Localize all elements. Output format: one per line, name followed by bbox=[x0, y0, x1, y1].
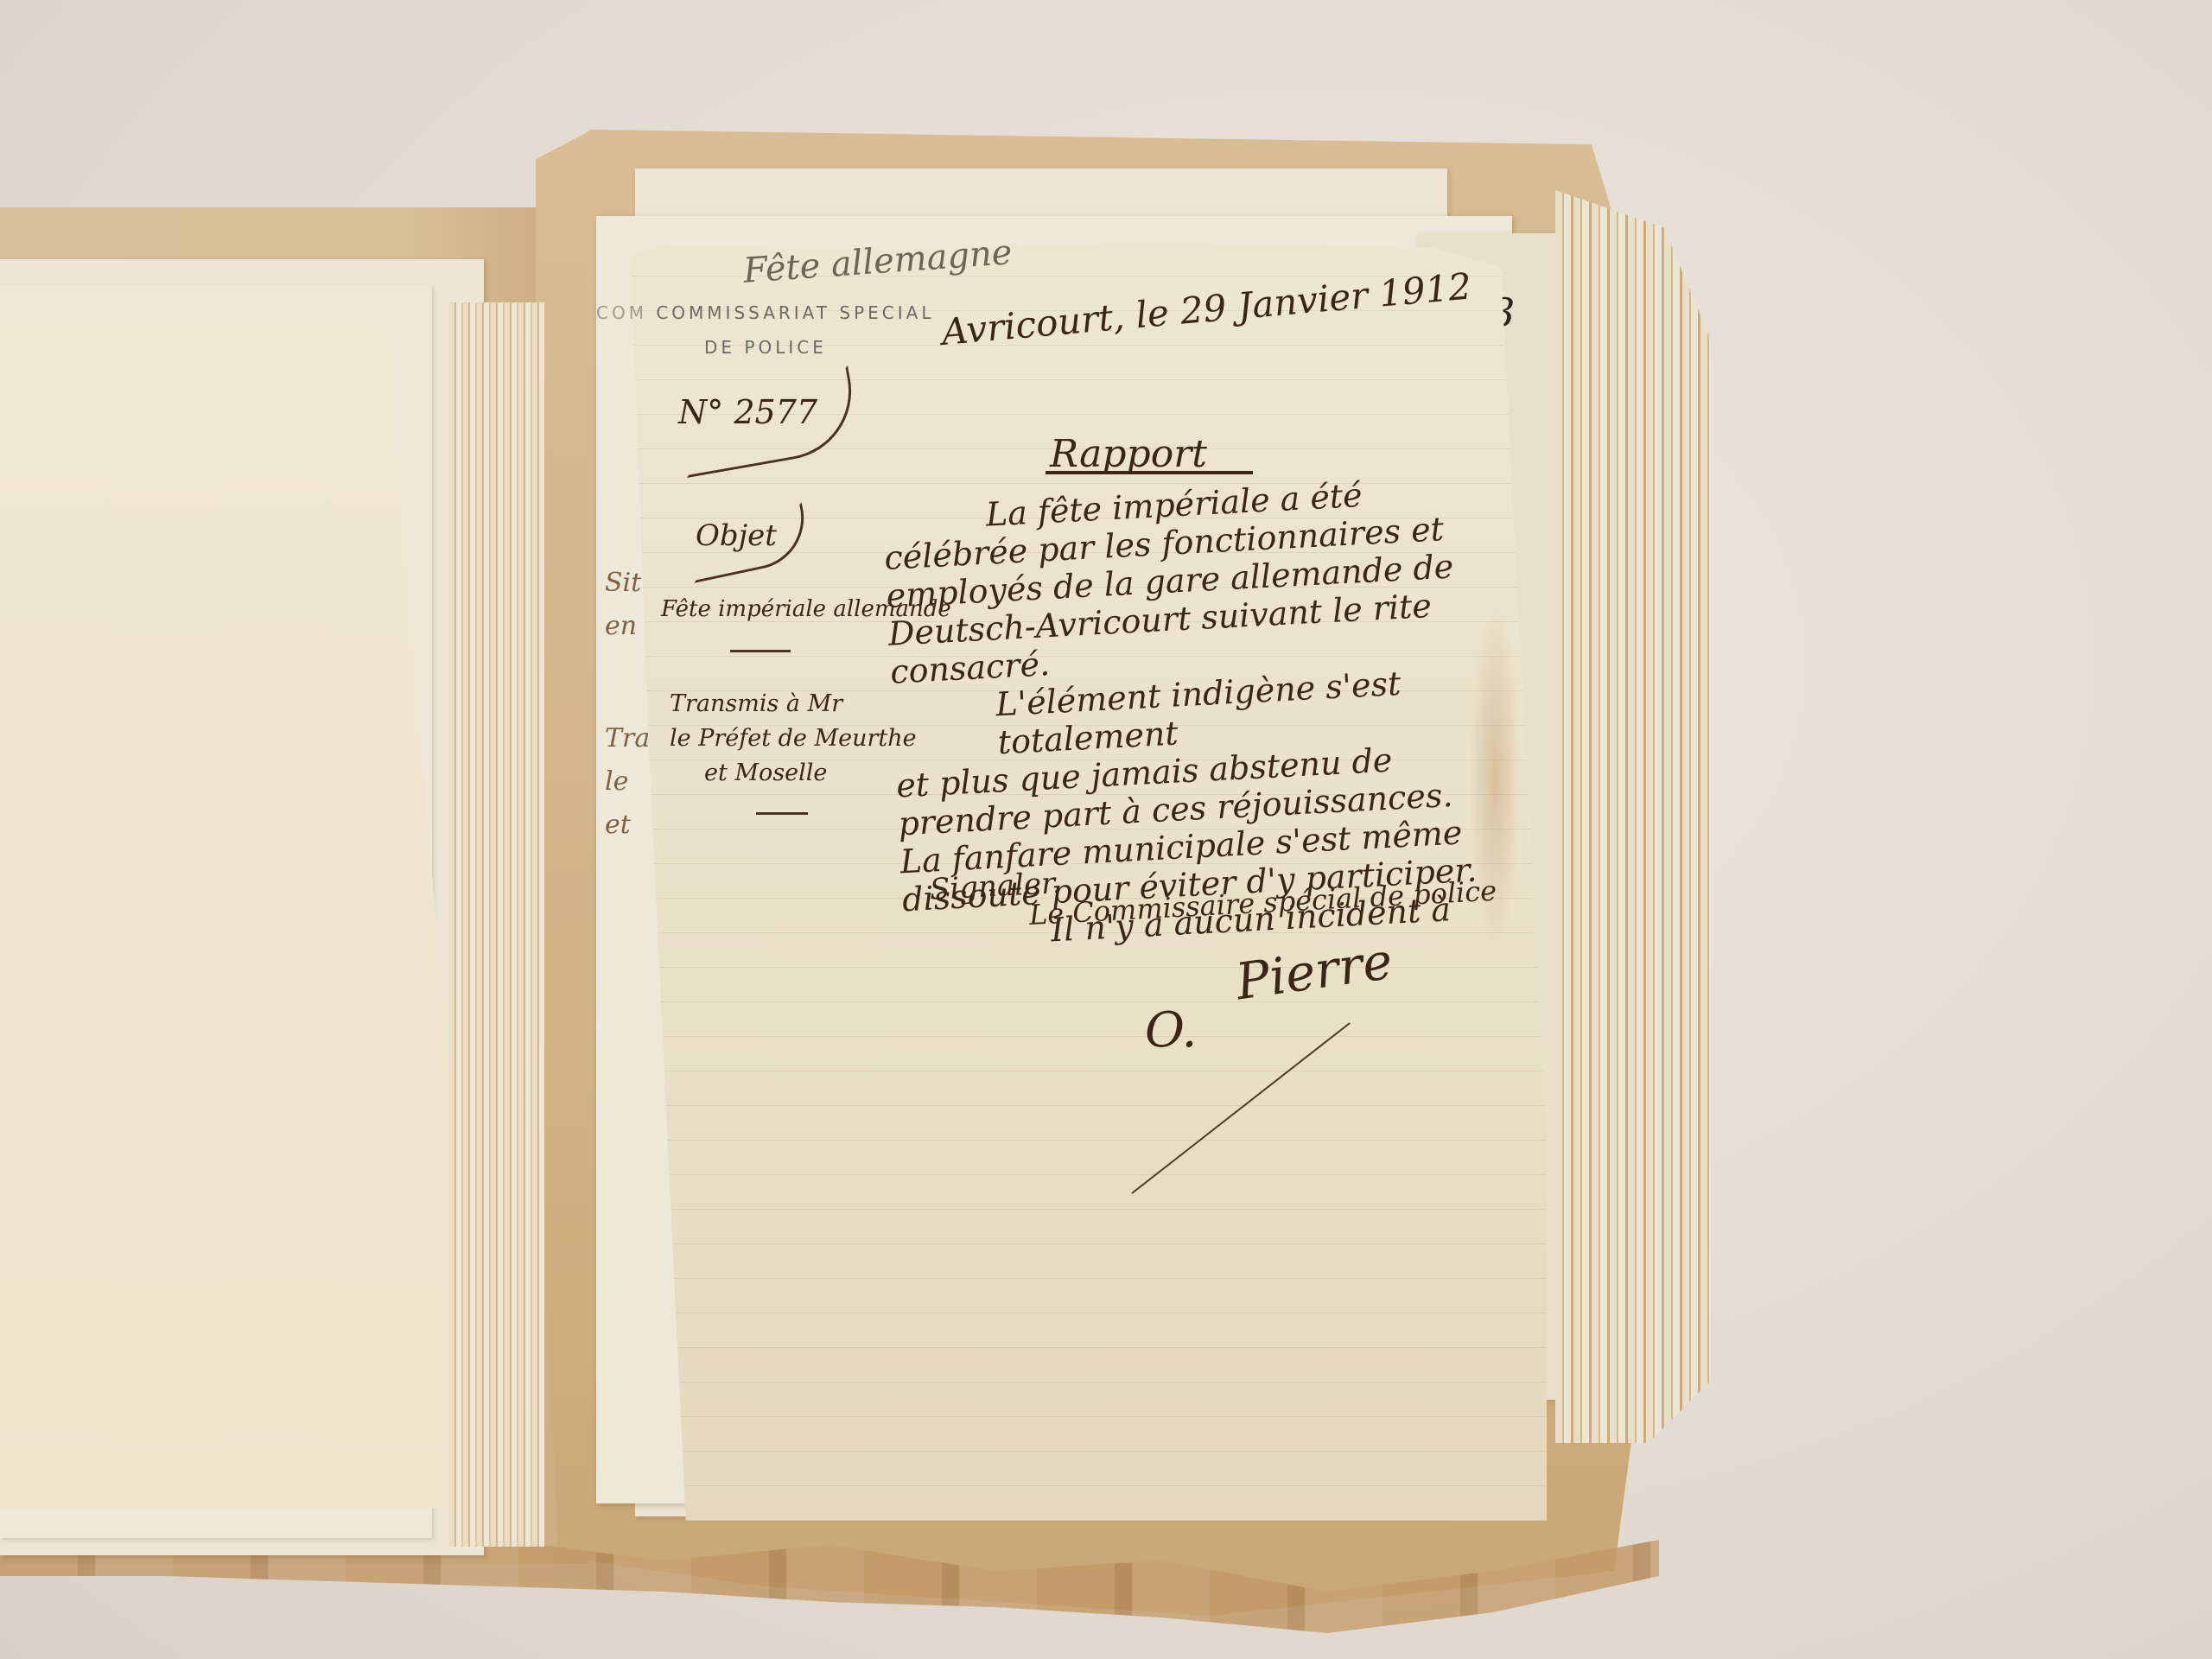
title-underline bbox=[1046, 471, 1253, 474]
right-page-edges bbox=[1555, 190, 1711, 1443]
report-title: Rapport bbox=[1050, 432, 1207, 476]
margin-divider bbox=[756, 812, 808, 815]
transmit-line: et Moselle bbox=[670, 756, 917, 791]
letterhead-line1: COM COMMISSARIAT SPECIAL bbox=[596, 302, 934, 323]
letterhead-line2: DE POLICE bbox=[704, 337, 827, 358]
signature-initial: O. bbox=[1145, 1002, 1197, 1058]
left-page-edges bbox=[449, 302, 544, 1547]
transmittal-note: Transmis à Mr le Préfet de Meurthe et Mo… bbox=[670, 687, 917, 791]
transmit-line: le Préfet de Meurthe bbox=[670, 721, 917, 756]
objet-label: Objet bbox=[696, 518, 777, 553]
margin-divider bbox=[730, 650, 791, 652]
document-number: N° 2577 bbox=[678, 393, 817, 431]
transmit-line: Transmis à Mr bbox=[670, 687, 917, 721]
